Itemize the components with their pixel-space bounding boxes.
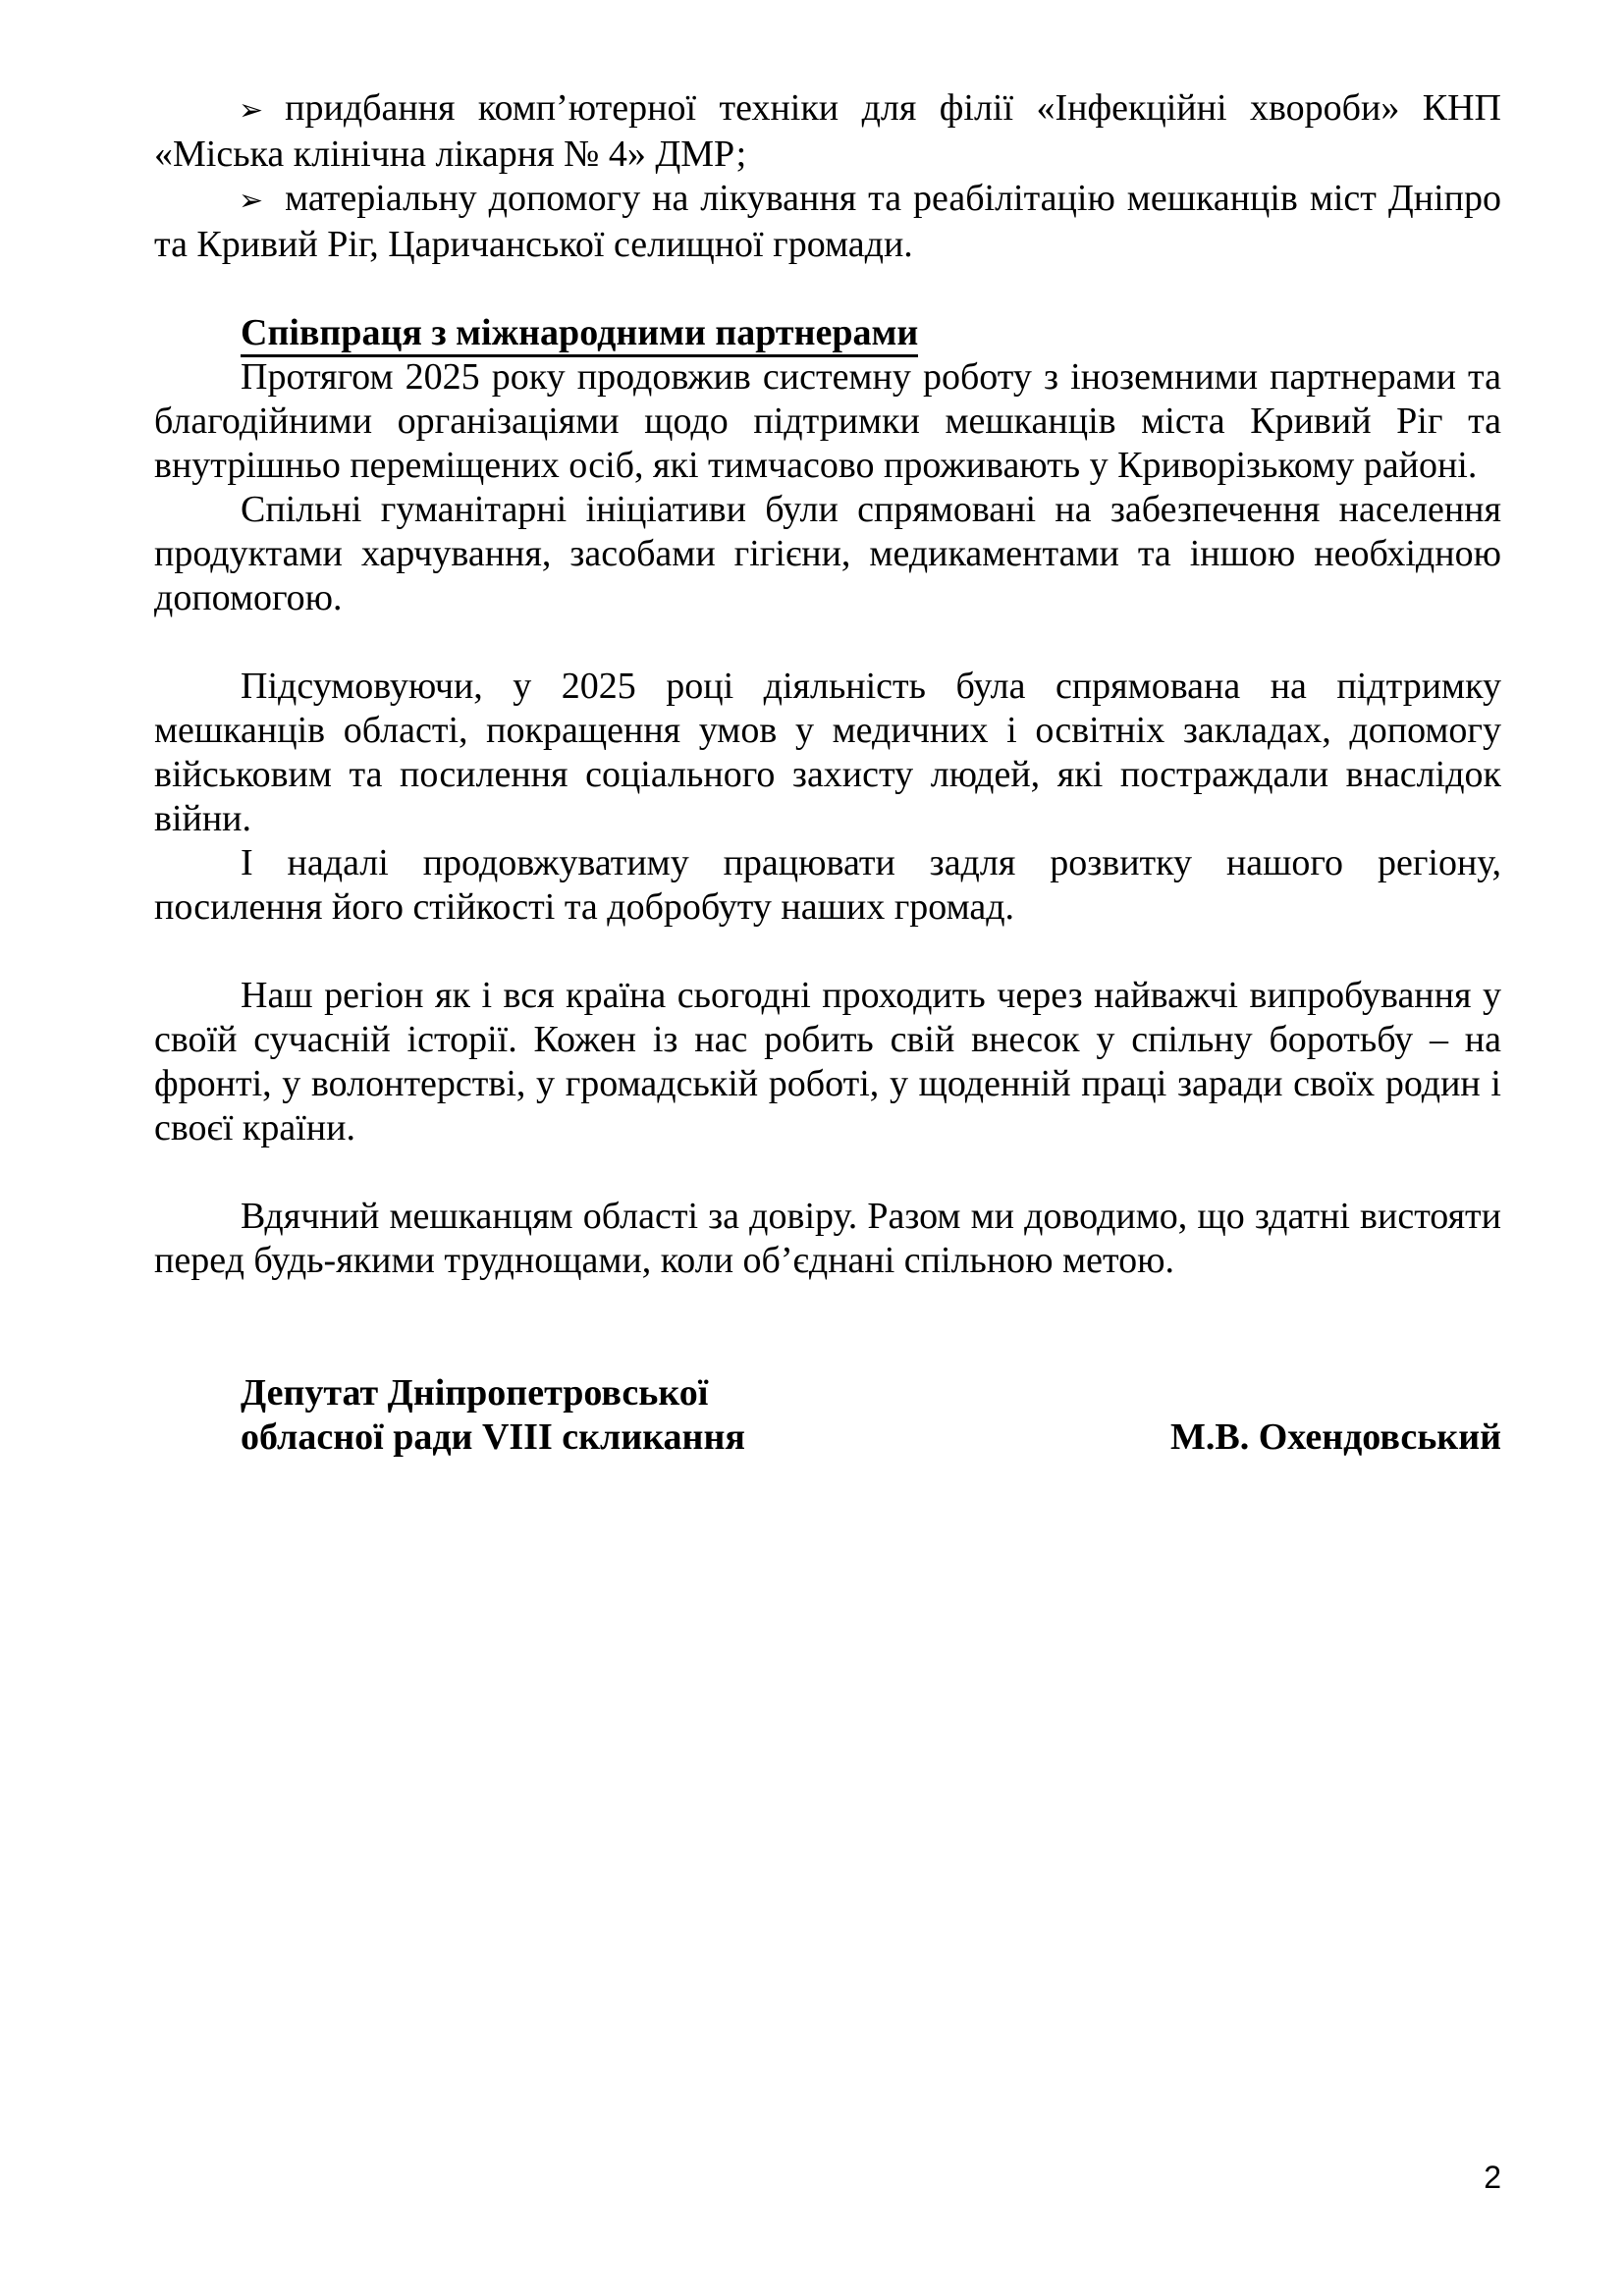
body-paragraph: Спільні гуманітарні ініціативи були спря… — [154, 488, 1501, 620]
body-paragraph: Вдячний мешканцям області за довіру. Раз… — [154, 1195, 1501, 1283]
section-heading: Співпраця з міжнародними партнерами — [154, 311, 1501, 355]
blank-line — [154, 1327, 1501, 1371]
body-paragraph: Протягом 2025 року продовжив системну ро… — [154, 355, 1501, 488]
signature-title-line2: обласної ради VIII скликання — [241, 1415, 745, 1460]
page-number: 2 — [1484, 2158, 1501, 2197]
bullet-item: ➢придбання комп’ютерної техніки для філі… — [154, 86, 1501, 177]
document-page: ➢придбання комп’ютерної техніки для філі… — [0, 0, 1624, 2296]
signature-row: обласної ради VIII скликання М.В. Охендо… — [241, 1415, 1501, 1460]
blank-line — [154, 267, 1501, 311]
body-paragraph: Підсумовуючи, у 2025 році діяльність бул… — [154, 665, 1501, 841]
blank-line — [154, 1150, 1501, 1195]
signature-block: Депутат Дніпропетровської обласної ради … — [241, 1371, 1501, 1460]
signature-title-line1: Депутат Дніпропетровської — [241, 1371, 1501, 1415]
bullet-text: матеріальну допомогу на лікування та реа… — [154, 178, 1501, 265]
blank-line — [154, 930, 1501, 974]
section-heading-text: Співпраця з міжнародними партнерами — [241, 312, 918, 357]
arrow-bullet-icon: ➢ — [239, 93, 263, 128]
arrow-bullet-icon: ➢ — [239, 184, 263, 218]
bullet-item: ➢матеріальну допомогу на лікування та ре… — [154, 177, 1501, 267]
body-paragraph: Наш регіон як і вся країна сьогодні прох… — [154, 974, 1501, 1150]
blank-line — [154, 620, 1501, 665]
signatory-name: М.В. Охендовський — [1170, 1415, 1501, 1460]
bullet-text: придбання комп’ютерної техніки для філії… — [154, 87, 1501, 175]
body-paragraph: І надалі продовжуватиму працювати задля … — [154, 841, 1501, 930]
blank-line — [154, 1283, 1501, 1327]
